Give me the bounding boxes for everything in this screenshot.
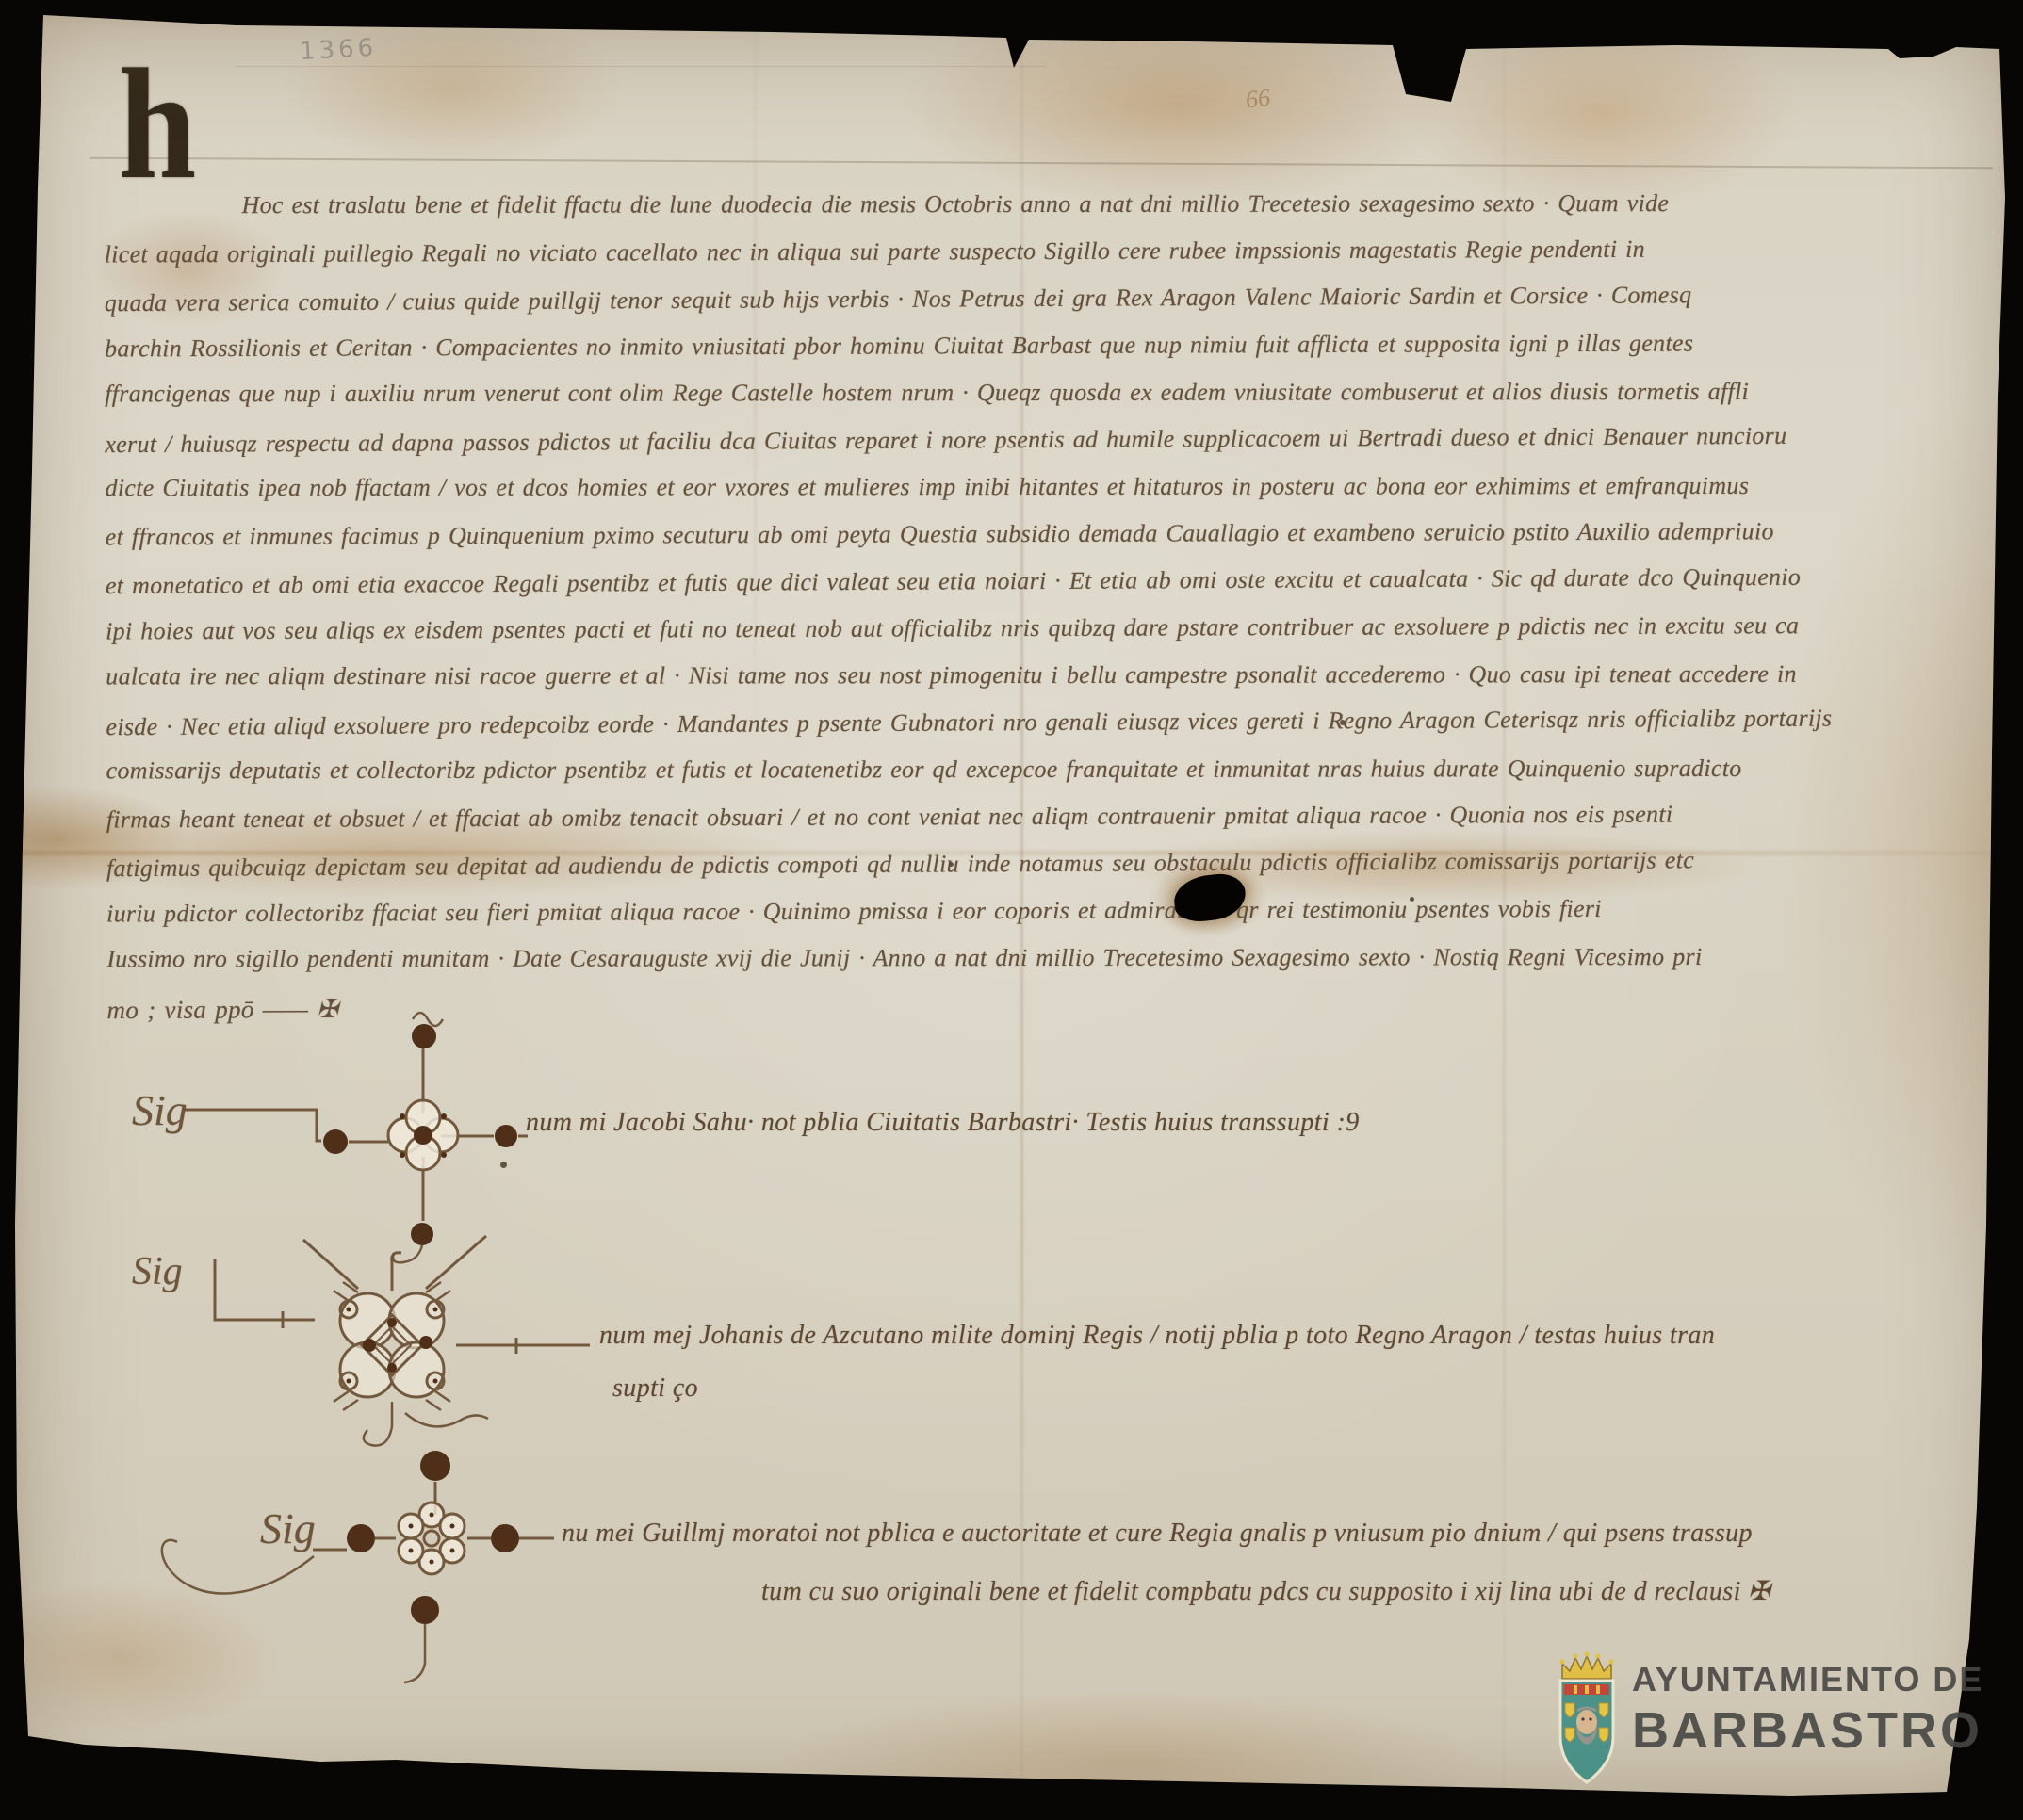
watermark-org: AYUNTAMIENTO DE: [1632, 1660, 1983, 1699]
sig-label-3: Sig: [260, 1503, 316, 1553]
sign-3-knot: [162, 1451, 554, 1682]
manuscript-line: xerut / huiusqz respectu ad dapna passos…: [105, 412, 1968, 468]
faint-ink-marks: 66: [1245, 84, 1272, 115]
manuscript-line: et ffrancos et inmunes facimus p Quinque…: [106, 508, 1969, 561]
illuminated-initial: h: [119, 45, 196, 203]
sign-3-caption-line-1: nu mei Guillmj moratoi not pblica e auct…: [562, 1519, 1753, 1549]
sign-3-caption-line-2: tum cu suo originali bene et fidelit com…: [761, 1575, 1770, 1607]
manuscript-line: comissarijs deputatis et collectoribz pd…: [106, 745, 1970, 795]
manuscript-line: dicte Ciuitatis ipea nob ffactam / vos e…: [106, 463, 1969, 512]
parchment: 1366 66 h Hoc est traslatu bene et fidel…: [0, 0, 2023, 1820]
sign-2-caption-line-1: num mej Johanis de Azcutano milite domin…: [599, 1321, 1715, 1351]
barbastro-watermark: AYUNTAMIENTO DE BARBASTRO: [1555, 1650, 1983, 1792]
manuscript-line: quada vera serica comuito / cuius quide …: [105, 270, 1968, 327]
charter-photo: 1366 66 h Hoc est traslatu bene et fidel…: [0, 0, 2023, 1820]
manuscript-line: barchin Rossilionis et Ceritan · Compaci…: [105, 319, 1968, 373]
manuscript-line: Iussimo nro sigillo pendenti munitam · D…: [106, 934, 1970, 983]
manuscript-line: ffrancigenas que nup i auxiliu nrum vene…: [105, 368, 1968, 418]
manuscript-line: iuriu pdictor collectoribz ffaciat seu f…: [106, 885, 1970, 938]
ruling-line: [90, 157, 1993, 170]
manuscript-line: et monetatico et ab omi etia exaccoe Reg…: [106, 553, 1969, 609]
pencil-year-annotation: 1366: [299, 34, 378, 66]
manuscript-line: firmas heant teneat et obsuet / et ffaci…: [106, 790, 1970, 844]
barbastro-crest-icon: [1555, 1650, 1619, 1792]
sign-1-caption: num mi Jacobi Sahu· not pblia Ciuitatis …: [526, 1108, 1360, 1138]
sign-2-knot: [215, 1236, 590, 1446]
sign-1-knot: [185, 1013, 528, 1262]
manuscript-line: fatigimus quibcuiqz depictam seu depitat…: [106, 836, 1970, 892]
sign-2-caption-line-2: supti ço: [612, 1373, 698, 1404]
watermark-text: AYUNTAMIENTO DE BARBASTRO: [1632, 1660, 1983, 1760]
ink-speck: [500, 1162, 507, 1168]
manuscript-line: Hoc est traslatu bene et fidelit ffactu …: [104, 180, 1967, 230]
manuscript-line: mo ; visa ppō —— ✠: [106, 977, 1970, 1033]
manuscript-line: licet aqada originali puillegio Regali n…: [105, 225, 1968, 279]
manuscript-line: ualcata ire nec aliqm destinare nisi rac…: [106, 651, 1969, 701]
ruling-line: [236, 66, 1046, 67]
manuscript-line: eisde · Nec etia aliqd exsoluere pro red…: [106, 694, 1969, 751]
manuscript-text-block: Hoc est traslatu bene et fidelit ffactu …: [104, 178, 1970, 1032]
sig-label-1: Sig: [132, 1085, 188, 1135]
watermark-city: BARBASTRO: [1632, 1701, 1983, 1760]
sig-label-2: Sig: [132, 1249, 183, 1294]
manuscript-line: ipi hoies aut vos seu aliqs ex eisdem ps…: [106, 602, 1969, 656]
